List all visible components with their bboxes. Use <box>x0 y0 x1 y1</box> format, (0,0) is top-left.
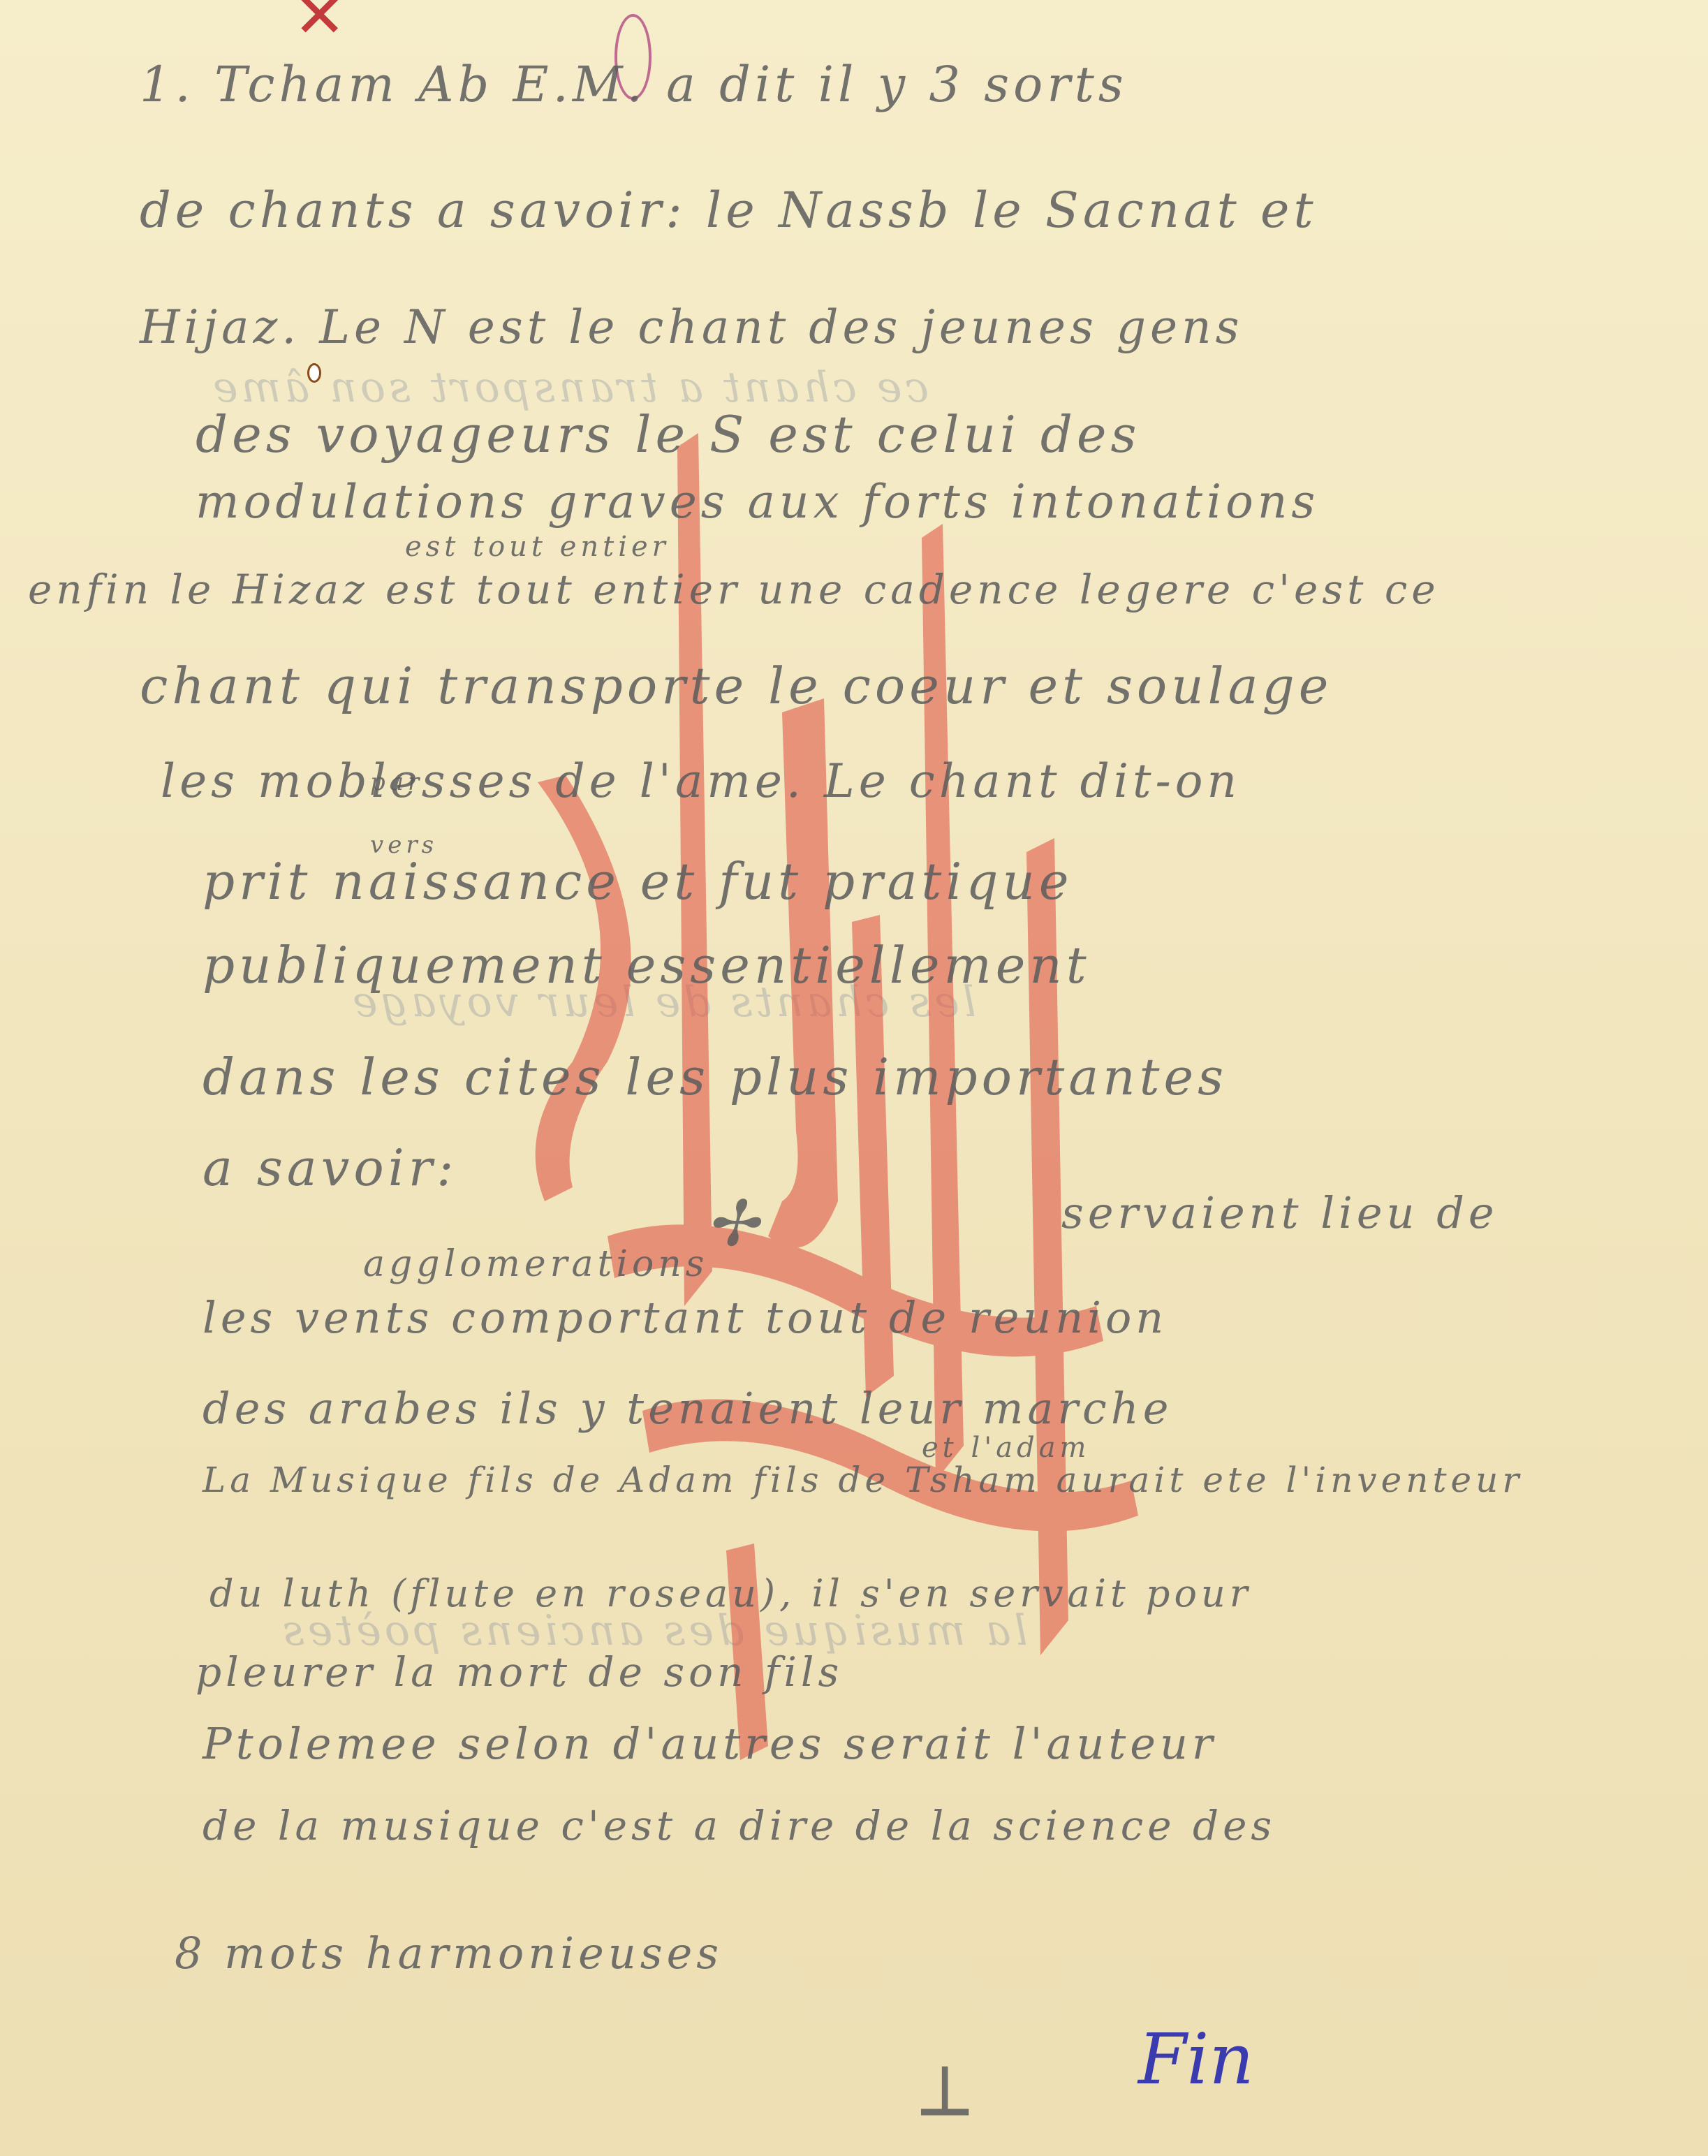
handwritten-line: les moblesses de l'ame. Le chant dit-on <box>161 754 1241 808</box>
handwritten-line: Ptolemee selon d'autres serait l'auteur <box>203 1718 1217 1769</box>
handwritten-insertion: par <box>370 768 423 796</box>
paper-burn-hole <box>307 363 321 383</box>
handwritten-line: enfin le Hizaz est tout entier une caden… <box>28 566 1440 613</box>
handwritten-line: 1. Tcham Ab E.M. a dit il y 3 sorts <box>140 56 1128 113</box>
handwritten-line: les vents comportant tout de reunion <box>203 1292 1168 1343</box>
handwritten-line: La Musique fils de Adam fils de Tsham au… <box>203 1460 1523 1500</box>
handwritten-line: servaient lieu de <box>1061 1187 1499 1238</box>
handwritten-line: a savoir: <box>203 1138 457 1197</box>
handwritten-line: du luth (flute en roseau), il s'en serva… <box>209 1571 1252 1615</box>
handwritten-line: dans les cites les plus importantes <box>203 1048 1228 1106</box>
handwritten-line: des arabes ils y tenaient leur marche <box>203 1383 1172 1434</box>
handwritten-line: chant qui transporte le coeur et soulage <box>140 657 1332 715</box>
handwritten-insertion: vers <box>370 831 438 859</box>
handwritten-line: 8 mots harmonieuses <box>175 1928 723 1979</box>
handwritten-insertion: est tout entier <box>405 531 670 563</box>
fin-label: Fin <box>1138 2018 1254 2100</box>
red-cross-mark: ✕ <box>293 0 346 52</box>
cross-symbol: ✢ <box>705 1187 762 1261</box>
handwritten-line: agglomerations <box>363 1243 708 1285</box>
handwritten-insertion: et l'adam <box>922 1432 1090 1464</box>
handwritten-line: des voyageurs le S est celui des <box>196 405 1141 464</box>
handwritten-line: prit naissance et fut pratique <box>203 852 1073 911</box>
handwritten-line: publiquement essentiellement <box>203 936 1091 995</box>
handwritten-line: de chants a savoir: le Nassb le Sacnat e… <box>140 182 1318 239</box>
handwritten-line: de la musique c'est a dire de la science… <box>203 1802 1276 1849</box>
handwritten-line: pleurer la mort de son fils <box>196 1648 843 1696</box>
handwritten-line: Hijaz. Le N est le chant des jeunes gens <box>140 300 1244 354</box>
bottom-cross-mark: ┴ <box>922 2067 972 2156</box>
handwritten-line: modulations graves aux forts intonations <box>196 475 1319 529</box>
